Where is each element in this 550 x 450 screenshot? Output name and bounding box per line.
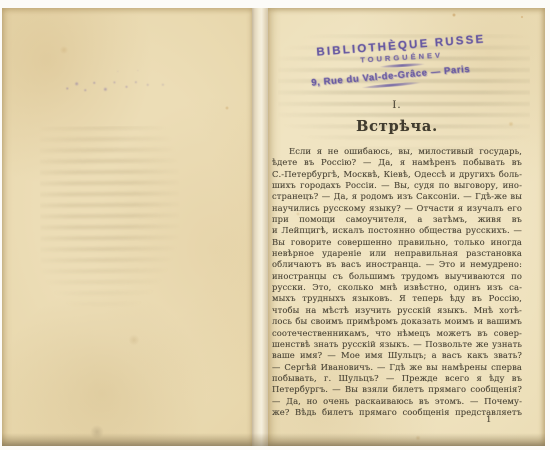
show-through-text-smudge [39, 125, 181, 311]
book-gutter [252, 8, 268, 446]
body-text-line: шихъ городахъ Россіи. — Вы, судя по выго… [272, 180, 522, 191]
body-text: Если я не ошибаюсь, вы, милостивый госуд… [272, 146, 522, 418]
body-text-line: ѣдете въ Россію? — Да, я намѣренъ побыва… [272, 157, 522, 168]
body-text-line: лось бы своимъ примѣромъ доказать моимъ … [272, 316, 522, 327]
screenshot-root: { "meta": { "paper_color": "#e9dab2", "i… [0, 0, 550, 450]
chapter-number: I. [272, 100, 522, 111]
left-blank-page [2, 8, 252, 446]
printed-page: BIBLIOTHÈQUE RUSSE TOURGUÉNEV 9, Rue du … [268, 8, 545, 446]
body-text-line: ваше имя? — Мое имя Шульцъ; а васъ какъ … [272, 350, 522, 361]
body-text-line: странецъ? — Да, я родомъ изъ Саксоніи. —… [272, 191, 522, 202]
body-text-line: мыхъ трудныхъ языковъ. Я теперь ѣду въ Р… [272, 293, 522, 304]
body-text-line: обличаютъ въ васъ иностранца. — Это и не… [272, 259, 522, 270]
body-text-line: соотечественникамъ, что нѣмецъ можетъ въ… [272, 328, 522, 339]
body-text-line: Вы говорите совершенно правильно, только… [272, 237, 522, 248]
body-text-line: С.-Петербургѣ, Москвѣ, Кіевѣ, Одессѣ и д… [272, 169, 522, 180]
body-text-line: Если я не ошибаюсь, вы, милостивый госуд… [272, 146, 522, 157]
body-text-line: при помощи самоучителя, а затѣмъ, живя в… [272, 214, 522, 225]
scanned-book-photo: BIBLIOTHÈQUE RUSSE TOURGUÉNEV 9, Rue du … [2, 8, 545, 446]
body-text-line: побывать, г. Шульцъ? — Прежде всего я ѣд… [272, 373, 522, 384]
body-text-line: Петербургъ. — Вы взяли билетъ прямаго со… [272, 384, 522, 395]
body-text-line: — Сергѣй Ивановичъ. — Гдѣ же вы намѣрены… [272, 362, 522, 373]
body-text-line: — Да, но очень раскаиваюсь въ этомъ. — П… [272, 396, 522, 407]
body-text-line: чтобы на мѣстѣ изучить русскій языкъ. Мн… [272, 305, 522, 316]
body-text-line: невѣрное удареніе или неправильная разст… [272, 248, 522, 259]
body-text-line: же? Вѣдь билетъ прямаго сообщенія предст… [272, 407, 522, 418]
body-text-line: научились русскому языку? — Отчасти я из… [272, 203, 522, 214]
body-text-line: иностранцы съ большимъ трудомъ выучивают… [272, 271, 522, 282]
chapter-title: Встрѣча. [272, 118, 522, 135]
body-text-line: и Лейпцигѣ, искалъ постоянно общества ру… [272, 225, 522, 236]
body-text-line: русски. Это, сколько мнѣ извѣстно, одинъ… [272, 282, 522, 293]
page-number: 1 [486, 415, 491, 425]
body-text-line: шенствѣ знать русскій языкъ. — Позвольте… [272, 339, 522, 350]
